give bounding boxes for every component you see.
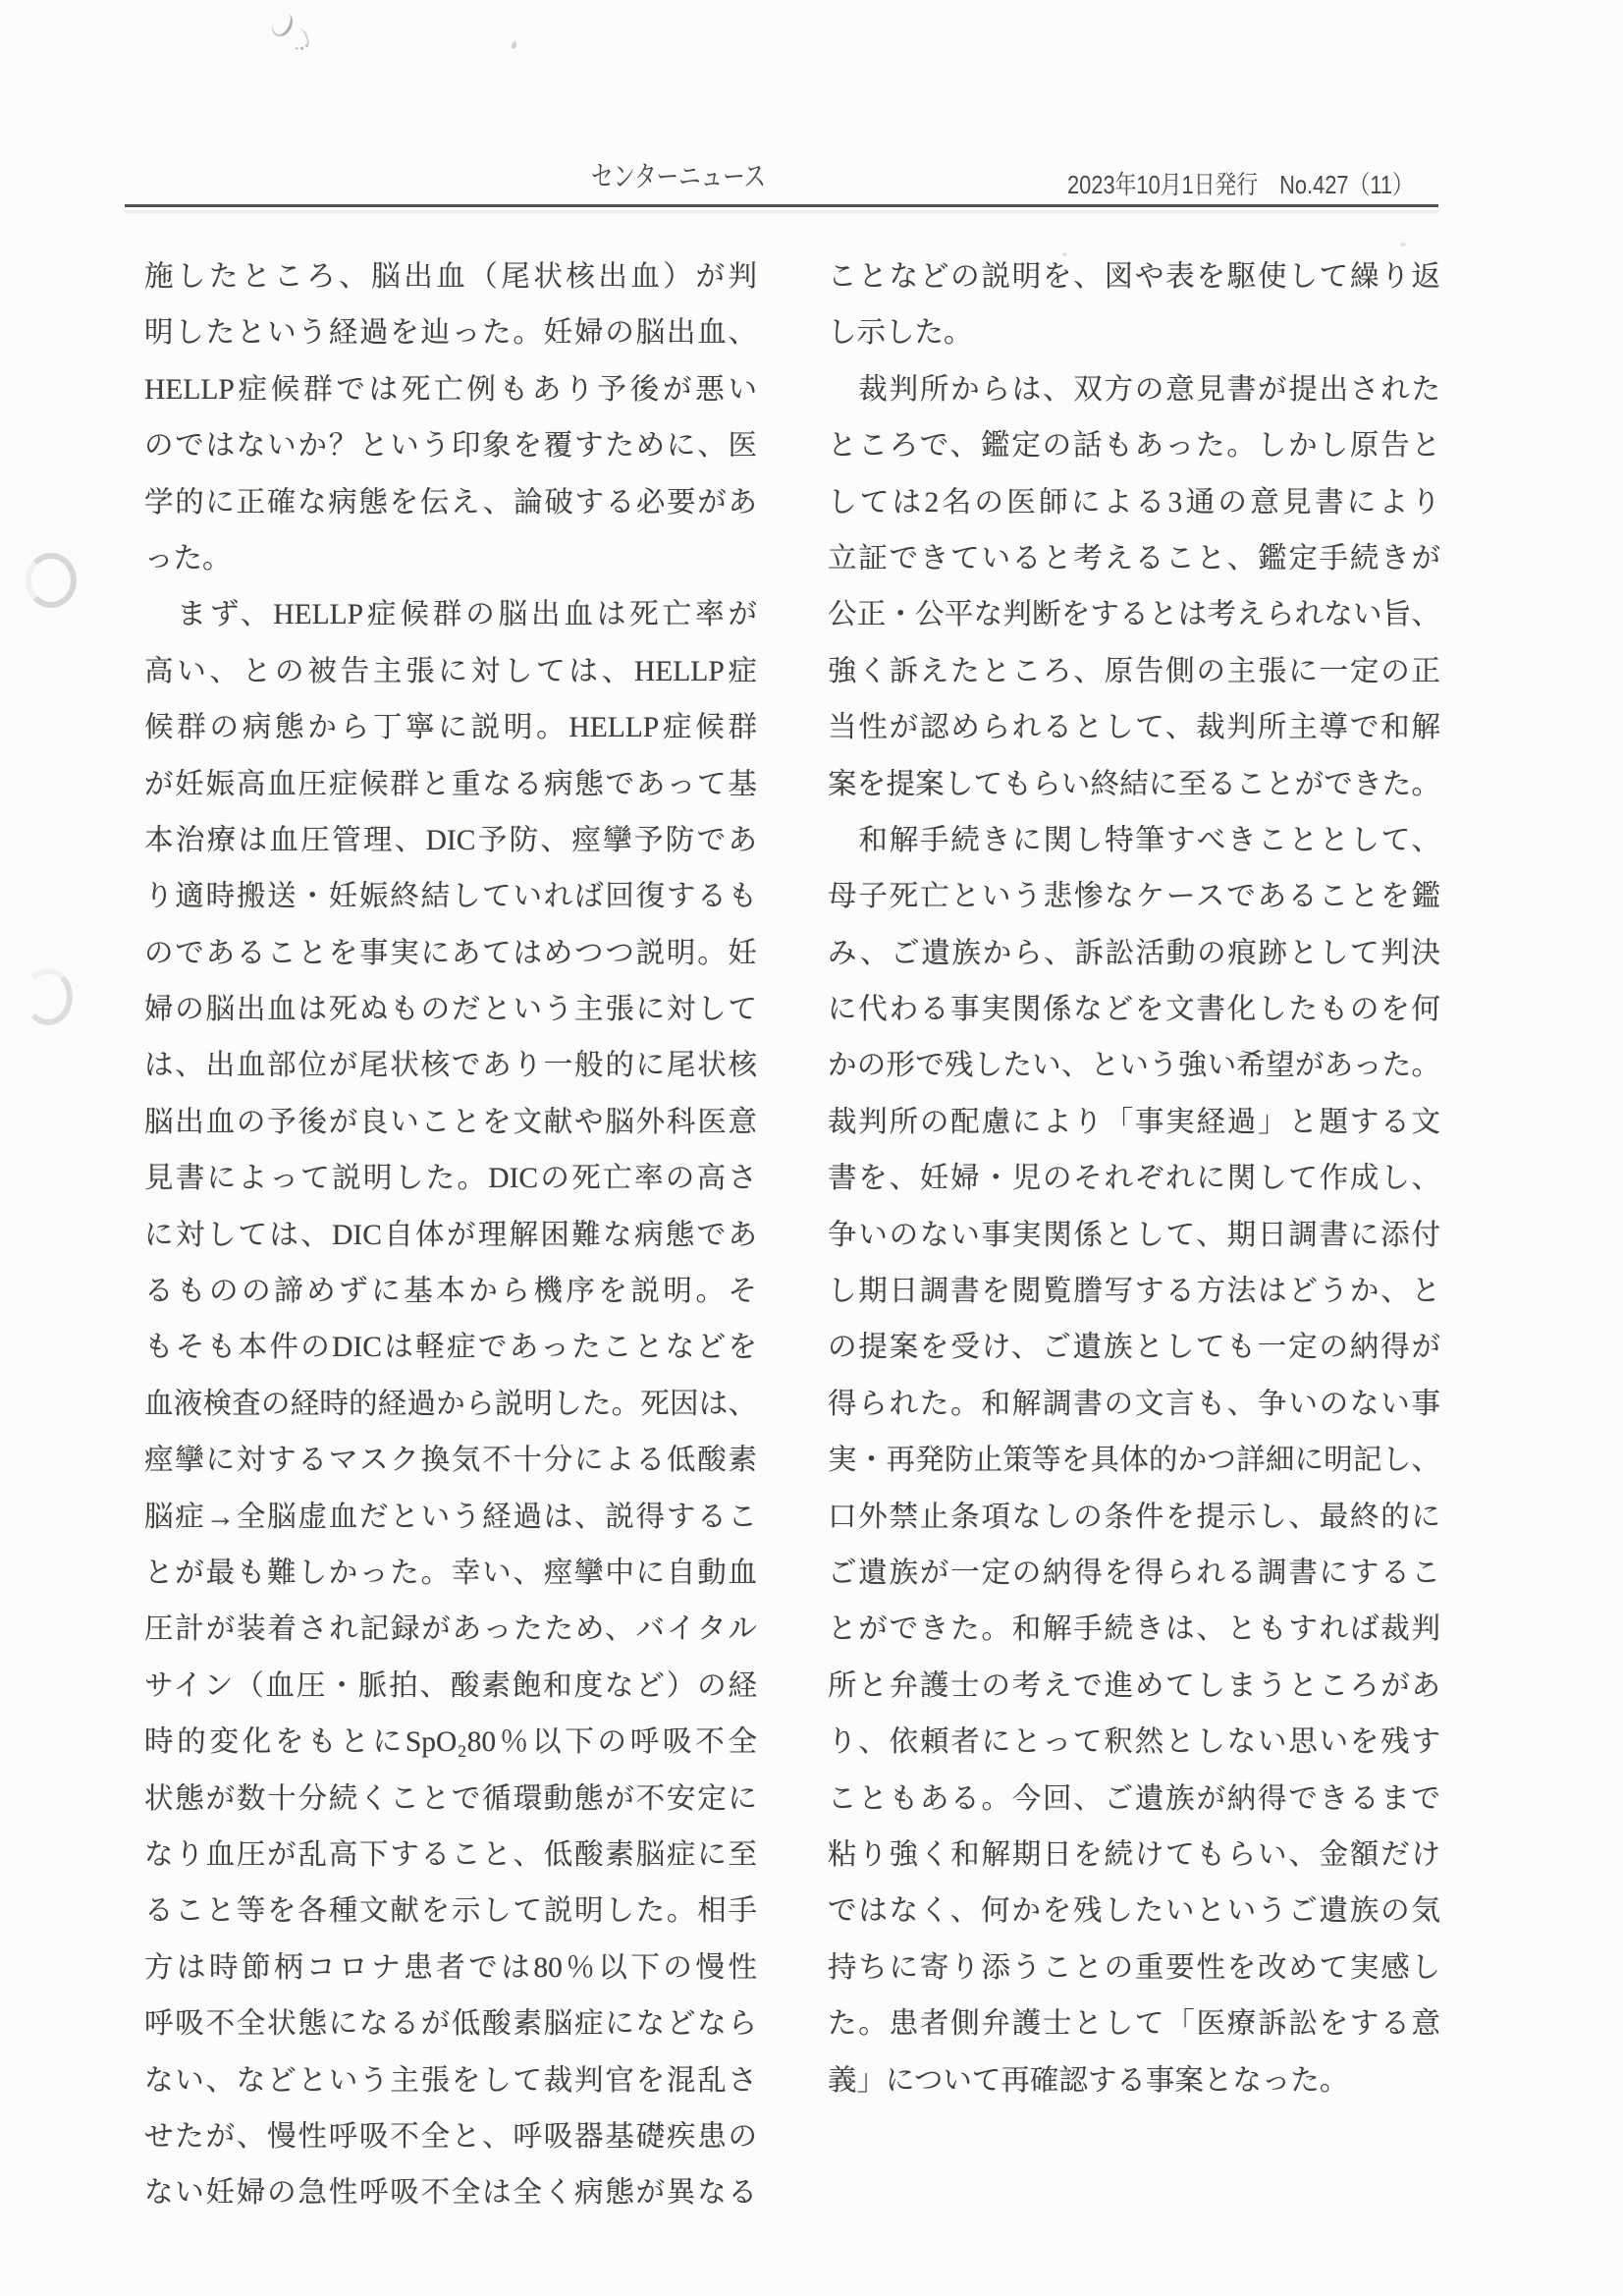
text-line: サイン（血圧・脈拍、酸素飽和度など）の経 xyxy=(144,1659,757,1715)
text-line: 裁判所の配慮により「事実経過」と題する文 xyxy=(828,1095,1440,1151)
text-line: った。 xyxy=(144,531,757,587)
text-line: 圧計が装着され記録があったため、バイタル xyxy=(144,1602,757,1658)
text-line: 婦の脳出血は死ぬものだという主張に対して xyxy=(144,982,757,1038)
text-line: 粘り強く和解期日を続けてもらい、金額だけ xyxy=(828,1828,1440,1884)
issue-date-and-number: 2023年10月1日発行 No.427（11） xyxy=(1067,170,1414,199)
text-line: 口外禁止条項なしの条件を提示し、最終的に xyxy=(828,1490,1440,1546)
text-line: のではないか？という印象を覆すために、医 xyxy=(144,418,757,474)
text-line: せたが、慢性呼吸不全と、呼吸器基礎疾患の xyxy=(144,2109,757,2165)
text-line: し示した。 xyxy=(828,305,1440,361)
text-line: まず、HELLP症候群の脳出血は死亡率が xyxy=(144,587,757,643)
text-line: は、出血部位が尾状核であり一般的に尾状核 xyxy=(144,1038,757,1094)
text-line: 高い、との被告主張に対しては、HELLP症 xyxy=(144,644,757,700)
left-text-column: 施したところ、脳出血（尾状核出血）が判明したという経過を辿った。妊婦の脳出血、H… xyxy=(144,249,757,2222)
text-line: た。患者側弁護士として「医療訴訟をする意 xyxy=(828,1996,1440,2052)
text-line: 争いのない事実関係として、期日調書に添付 xyxy=(828,1208,1440,1264)
punch-hole-artifact xyxy=(24,968,73,1025)
text-line: 見書によって説明した。DICの死亡率の高さ xyxy=(144,1151,757,1207)
text-line: 案を提案してもらい終結に至ることができた。 xyxy=(828,757,1440,813)
text-line: 強く訴えたところ、原告側の主張に一定の正 xyxy=(828,644,1440,700)
text-line: ない妊婦の急性呼吸不全は全く病態が異なる xyxy=(144,2165,757,2221)
text-line: ご遺族が一定の納得を得られる調書にするこ xyxy=(828,1546,1440,1602)
text-line: 持ちに寄り添うことの重要性を改めて実感し xyxy=(828,1941,1440,1996)
text-line: かの形で残したい、という強い希望があった。 xyxy=(828,1038,1440,1094)
punch-hole-artifact xyxy=(26,553,77,608)
text-line: 施したところ、脳出血（尾状核出血）が判 xyxy=(144,249,757,305)
text-line: に対しては、DIC自体が理解困難な病態であ xyxy=(144,1208,757,1264)
text-line: し期日調書を閲覧謄写する方法はどうか、と xyxy=(828,1264,1440,1320)
text-line: 明したという経過を辿った。妊婦の脳出血、 xyxy=(144,305,757,361)
text-line: 所と弁護士の考えで進めてしまうところがあ xyxy=(828,1659,1440,1715)
text-line: 脳出血の予後が良いことを文献や脳外科医意 xyxy=(144,1095,757,1151)
text-line: 書を、妊婦・児のそれぞれに関して作成し、 xyxy=(828,1151,1440,1207)
text-line: 得られた。和解調書の文言も、争いのない事 xyxy=(828,1377,1440,1433)
newsletter-title: センターニュース xyxy=(591,161,766,194)
text-line: が妊娠高血圧症候群と重なる病態であって基 xyxy=(144,757,757,813)
text-line: もそも本件のDICは軽症であったことなどを xyxy=(144,1320,757,1376)
header-divider-line xyxy=(125,204,1438,207)
text-line: 状態が数十分続くことで循環動態が不安定に xyxy=(144,1772,757,1828)
text-line: に代わる事実関係などを文書化したものを何 xyxy=(828,982,1440,1038)
text-line: 血液検査の経時的経過から説明した。死因は、 xyxy=(144,1377,757,1433)
text-line: 裁判所からは、双方の意見書が提出された xyxy=(828,362,1440,418)
text-line: るものの諦めずに基本から機序を説明。そ xyxy=(144,1264,757,1320)
text-line: り適時搬送・妊娠終結していれば回復するも xyxy=(144,869,757,925)
text-line: とが最も難しかった。幸い、痙攣中に自動血 xyxy=(144,1546,757,1602)
text-line: 和解手続きに関し特筆すべきこととして、 xyxy=(828,813,1440,869)
ink-smudge-artifact xyxy=(289,27,311,52)
text-line: 母子死亡という悲惨なケースであることを鑑 xyxy=(828,869,1440,925)
text-line: 本治療は血圧管理、DIC予防、痙攣予防であ xyxy=(144,813,757,869)
text-line: HELLP症候群では死亡例もあり予後が悪い xyxy=(144,362,757,418)
text-line: ところで、鑑定の話もあった。しかし原告と xyxy=(828,418,1440,474)
scanned-newsletter-page: センターニュース 2023年10月1日発行 No.427（11） 施したところ、… xyxy=(0,0,1623,2296)
right-text-column: ことなどの説明を、図や表を駆使して繰り返し示した。 裁判所からは、双方の意見書が… xyxy=(828,249,1440,2109)
text-line: 実・再発防止策等を具体的かつ詳細に明記し、 xyxy=(828,1433,1440,1489)
text-line: 当性が認められるとして、裁判所主導で和解 xyxy=(828,700,1440,756)
text-line: ない、などという主張をして裁判官を混乱さ xyxy=(144,2053,757,2109)
scan-speck-artifact xyxy=(1062,252,1067,256)
ink-speck-artifact xyxy=(511,40,517,49)
text-line: 候群の病態から丁寧に説明。HELLP症候群 xyxy=(144,700,757,756)
text-line: 呼吸不全状態になるが低酸素脳症になどなら xyxy=(144,1996,757,2052)
text-line: とができた。和解手続きは、ともすれば裁判 xyxy=(828,1602,1440,1658)
scan-speck-artifact xyxy=(1400,243,1406,246)
text-line: 時的変化をもとにSpO₂80％以下の呼吸不全 xyxy=(144,1715,757,1771)
text-line: 脳症→全脳虚血だという経過は、説得するこ xyxy=(144,1490,757,1546)
text-line: 義」について再確認する事案となった。 xyxy=(828,2053,1440,2109)
text-line: り、依頼者にとって釈然としない思いを残す xyxy=(828,1715,1440,1771)
text-line: の提案を受け、ご遺族としても一定の納得が xyxy=(828,1320,1440,1376)
text-line: ること等を各種文献を示して説明した。相手 xyxy=(144,1884,757,1940)
text-line: み、ご遺族から、訴訟活動の痕跡として判決 xyxy=(828,926,1440,982)
text-line: 学的に正確な病態を伝え、論破する必要があ xyxy=(144,475,757,531)
text-line: 公正・公平な判断をするとは考えられない旨、 xyxy=(828,587,1440,643)
text-line: こともある。今回、ご遺族が納得できるまで xyxy=(828,1772,1440,1828)
text-line: 方は時節柄コロナ患者では80％以下の慢性 xyxy=(144,1941,757,1996)
text-line: ことなどの説明を、図や表を駆使して繰り返 xyxy=(828,249,1440,305)
text-line: ではなく、何かを残したいというご遺族の気 xyxy=(828,1884,1440,1940)
text-line: 立証できていると考えること、鑑定手続きが xyxy=(828,531,1440,587)
text-line: 痙攣に対するマスク換気不十分による低酸素 xyxy=(144,1433,757,1489)
text-line: なり血圧が乱高下すること、低酸素脳症に至 xyxy=(144,1828,757,1884)
text-line: しては2名の医師による3通の意見書により xyxy=(828,475,1440,531)
text-line: のであることを事実にあてはめつつ説明。妊 xyxy=(144,926,757,982)
